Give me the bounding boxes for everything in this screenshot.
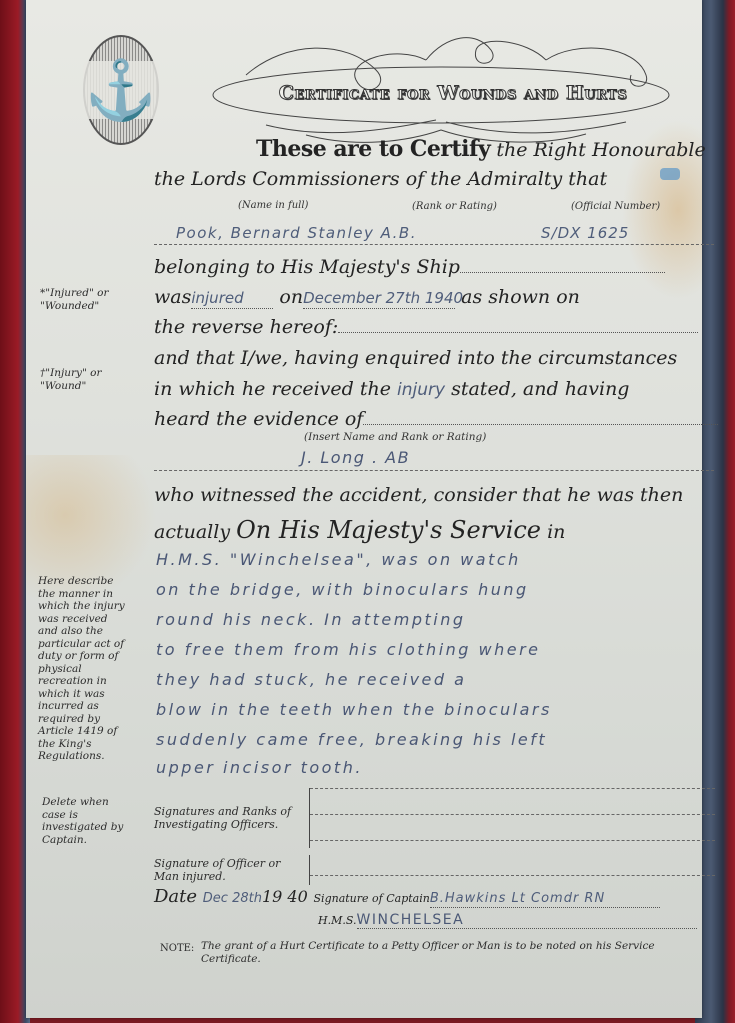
ship-field[interactable] <box>460 272 665 273</box>
captain-signature[interactable]: B.Hawkins Lt Comdr RN <box>430 891 605 906</box>
certificate-paper: ⚓ Certificate for Wounds and Hurts These… <box>26 0 702 1018</box>
reverse-line: the reverse hereof: <box>154 316 714 338</box>
service-line: actually On His Majesty's Service in <box>154 516 714 544</box>
date-signed-field[interactable]: Dec 28th <box>203 891 262 906</box>
witness-field[interactable]: J. Long . AB <box>301 448 410 467</box>
description-line: round his neck. In attempting <box>156 610 716 629</box>
description-line: suddenly came free, breaking his left <box>156 730 716 749</box>
preamble-line-1: These are to Certify the Right Honourabl… <box>256 136 735 162</box>
ship-line: belonging to His Majesty's Ship <box>154 256 714 278</box>
injured-signature-label: Signature of Officer or Man injured. <box>154 858 304 883</box>
investigating-signature-line-3[interactable] <box>310 840 715 841</box>
description-line: upper incisor tooth. <box>156 758 716 777</box>
margin-note-injured: *"Injured" or "Wounded" <box>40 287 130 312</box>
name-rank-field[interactable]: Pook, Bernard Stanley A.B. <box>176 224 417 242</box>
anchor-icon: ⚓ <box>83 35 159 145</box>
received-line: in which he received the injury stated, … <box>154 378 714 400</box>
note-text: The grant of a Hurt Certificate to a Pet… <box>201 940 701 965</box>
brace <box>309 788 310 848</box>
margin-note-delete: Delete when case is investigated by Capt… <box>42 796 132 846</box>
description-line: blow in the teeth when the binoculars <box>156 700 716 719</box>
preamble-line-2: the Lords Commissioners of the Admiralty… <box>154 168 714 190</box>
date-field[interactable]: December 27th 1940 <box>303 289 463 307</box>
caption-witness: (Insert Name and Rank or Rating) <box>304 431 486 443</box>
dotted-rule <box>154 470 714 471</box>
dotted-rule <box>154 244 714 245</box>
injury-date-line: wasinjured onDecember 27th 1940 as shown… <box>154 286 714 309</box>
caption-official-number: (Official Number) <box>571 201 660 212</box>
injury-field[interactable]: injury <box>397 380 445 400</box>
certificate-title: Certificate for Wounds and Hurts <box>228 82 678 104</box>
evidence-line: heard the evidence of <box>154 408 714 430</box>
margin-note-describe: Here describe the manner in which the in… <box>38 575 130 763</box>
description-line: to free them from his clothing where <box>156 640 716 659</box>
investigating-signature-line-1[interactable] <box>310 788 715 789</box>
date-signature-line: Date Dec 28th19 40 Signature of CaptainB… <box>154 886 714 908</box>
description-line: on the bridge, with binoculars hung <box>156 580 716 599</box>
injured-field[interactable]: injured <box>191 289 243 307</box>
injured-signature-line[interactable] <box>310 875 715 876</box>
official-number-field[interactable]: S/DX 1625 <box>541 224 629 242</box>
description-line: they had stuck, he received a <box>156 670 716 689</box>
gothic-heading: These are to Certify <box>256 136 490 162</box>
investigating-officers-label: Signatures and Ranks of Investigating Of… <box>154 806 304 831</box>
hms-field[interactable]: WINCHELSEA <box>357 912 465 928</box>
caption-name: (Name in full) <box>238 200 308 211</box>
brace <box>309 855 310 885</box>
witnessed-line: who witnessed the accident, consider tha… <box>154 484 714 506</box>
enquired-line: and that I/we, having enquired into the … <box>154 347 714 369</box>
description-line: H.M.S. "Winchelsea", was on watch <box>156 550 716 569</box>
margin-note-injury: †"Injury" or "Wound" <box>40 367 130 392</box>
hms-line: H.M.S.WINCHELSEA <box>318 912 718 929</box>
investigating-signature-line-2[interactable] <box>310 814 715 815</box>
service-heading: On His Majesty's Service <box>236 516 541 544</box>
note-label: NOTE: <box>160 943 200 956</box>
caption-rank: (Rank or Rating) <box>412 201 497 212</box>
